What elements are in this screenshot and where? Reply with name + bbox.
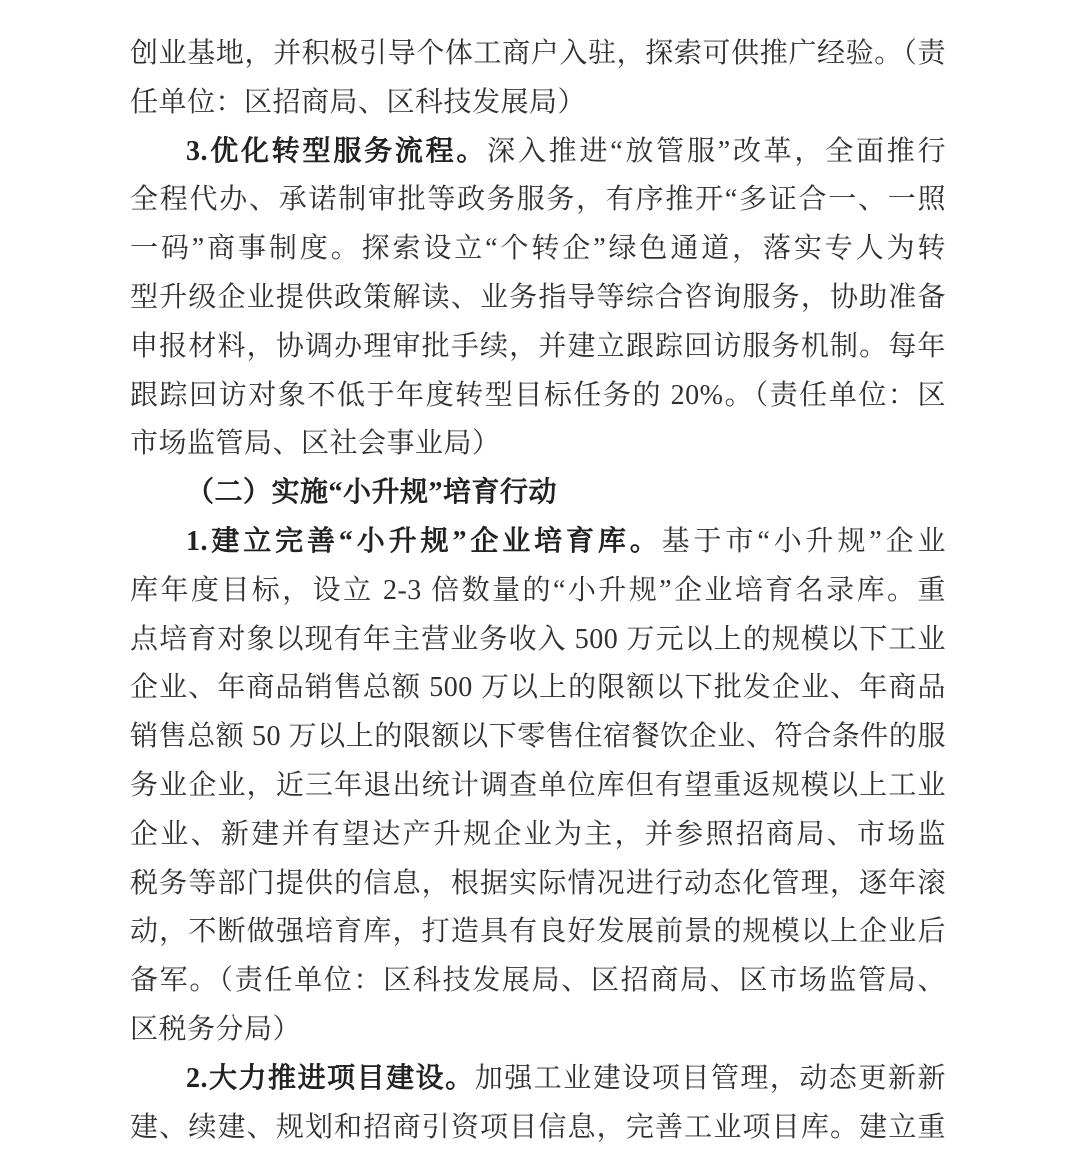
responsible-unit-text: 市场监管局、区社会事业局） [130, 428, 501, 459]
text-line: 库年度目标，设立 2-3 倍数量的“小升规”企业培育名录库。重 [130, 567, 946, 616]
body-text: 点培育对象以现有年主营业务收入 500 万元以上的规模以下工业 [130, 624, 946, 655]
text-line: 2.大力推进项目建设。加强工业建设项目管理，动态更新新 [130, 1055, 946, 1104]
text-line: 区税务分局） [130, 1006, 946, 1055]
body-text: 企业、年商品销售总额 500 万以上的限额以下批发企业、年商品 [130, 672, 946, 703]
body-text: 建、续建、规划和招商引资项目信息，完善工业项目库。建立重 [130, 1112, 946, 1143]
text-line: 备军。（责任单位：区科技发展局、区招商局、区市场监管局、 [130, 957, 946, 1006]
body-text: 加强工业建设项目管理，动态更新新 [475, 1063, 946, 1094]
body-text: 一码”商事制度。探索设立“个转企”绿色通道，落实专人为转 [130, 233, 946, 264]
body-text: 务业企业，近三年退出统计调查单位库但有望重返规模以上工业 [130, 770, 946, 801]
text-line: 销售总额 50 万以上的限额以下零售住宿餐饮企业、符合条件的服 [130, 713, 946, 762]
section-heading: （二）实施“小升规”培育行动 [130, 469, 946, 518]
text-line: 跟踪回访对象不低于年度转型目标任务的 20%。（责任单位：区 [130, 372, 946, 421]
text-line: 1.建立完善“小升规”企业培育库。基于市“小升规”企业 [130, 518, 946, 567]
numbered-item-lead: 1.建立完善“小升规”企业培育库。 [186, 526, 662, 557]
text-line: 一码”商事制度。探索设立“个转企”绿色通道，落实专人为转 [130, 225, 946, 274]
text-line: 点培育对象以现有年主营业务收入 500 万元以上的规模以下工业 [130, 616, 946, 665]
text-line: 型升级企业提供政策解读、业务指导等综合咨询服务，协助准备 [130, 274, 946, 323]
body-text: 企业、新建并有望达产升规企业为主，并参照招商局、市场监管、 [130, 819, 946, 860]
numbered-item-lead: 3.优化转型服务流程。 [186, 136, 487, 167]
text-line: 企业、新建并有望达产升规企业为主，并参照招商局、市场监管、 [130, 811, 946, 860]
text-line: 创业基地，并积极引导个体工商户入驻，探索可供推广经验。（责 [130, 30, 946, 79]
text-line: 全程代办、承诺制审批等政务服务，有序推开“多证合一、一照 [130, 176, 946, 225]
text-line: 申报材料，协调办理审批手续，并建立跟踪回访服务机制。每年 [130, 323, 946, 372]
text-line: 市场监管局、区社会事业局） [130, 420, 946, 469]
body-text: 跟踪回访对象不低于年度转型目标任务的 20%。（责任单位：区 [130, 380, 946, 411]
section-heading-text: （二）实施“小升规”培育行动 [186, 477, 557, 508]
text-line: 建、续建、规划和招商引资项目信息，完善工业项目库。建立重 [130, 1104, 946, 1153]
text-line: 税务等部门提供的信息，根据实际情况进行动态化管理，逐年滚 [130, 860, 946, 909]
text-line: 企业、年商品销售总额 500 万以上的限额以下批发企业、年商品 [130, 664, 946, 713]
body-text: 深入推进“放管服”改革，全面推行 [487, 136, 946, 167]
body-text: 销售总额 50 万以上的限额以下零售住宿餐饮企业、符合条件的服 [130, 721, 946, 752]
body-text: 税务等部门提供的信息，根据实际情况进行动态化管理，逐年滚 [130, 868, 946, 899]
body-text: 备军。（责任单位：区科技发展局、区招商局、区市场监管局、 [130, 965, 946, 996]
body-text: 全程代办、承诺制审批等政务服务，有序推开“多证合一、一照 [130, 184, 946, 215]
text-line: 3.优化转型服务流程。深入推进“放管服”改革，全面推行 [130, 128, 946, 177]
text-line: 动，不断做强培育库，打造具有良好发展前景的规模以上企业后 [130, 908, 946, 957]
body-text: 基于市“小升规”企业 [662, 526, 946, 557]
body-text: 申报材料，协调办理审批手续，并建立跟踪回访服务机制。每年 [130, 331, 946, 362]
text-line: 务业企业，近三年退出统计调查单位库但有望重返规模以上工业 [130, 762, 946, 811]
text-line: 任单位：区招商局、区科技发展局） [130, 79, 946, 128]
body-text: 创业基地，并积极引导个体工商户入驻，探索可供推广经验。（责 [130, 38, 946, 69]
body-text: 动，不断做强培育库，打造具有良好发展前景的规模以上企业后 [130, 916, 946, 947]
body-text: 库年度目标，设立 2-3 倍数量的“小升规”企业培育名录库。重 [130, 575, 946, 606]
numbered-item-lead: 2.大力推进项目建设。 [186, 1063, 475, 1094]
responsible-unit-text: 区税务分局） [130, 1014, 301, 1045]
document-page: 创业基地，并积极引导个体工商户入驻，探索可供推广经验。（责 任单位：区招商局、区… [0, 0, 1074, 1167]
responsible-unit-text: 任单位：区招商局、区科技发展局） [130, 87, 586, 118]
body-text: 型升级企业提供政策解读、业务指导等综合咨询服务，协助准备 [130, 282, 946, 313]
